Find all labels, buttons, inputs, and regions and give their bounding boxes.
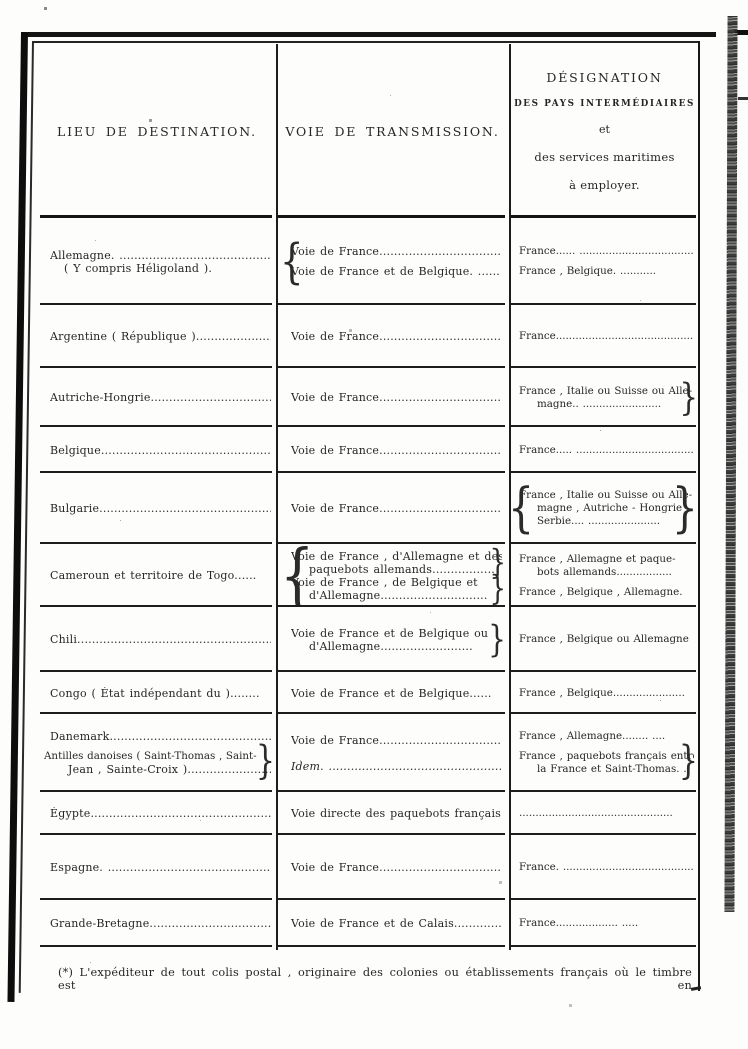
voie-cell: Voie de France..........................… <box>276 427 509 473</box>
designation-cell: France , Allemagne........ ....France , … <box>509 714 700 792</box>
voie-cell: Voie de France et de Belgique oud'Allema… <box>276 607 509 672</box>
cell-line: France , Belgique...................... <box>519 687 694 700</box>
cell-line: France , paquebots français entre <box>519 750 694 763</box>
designation-cell: France. ................................… <box>509 835 700 900</box>
table-rows: Allemagne. .............................… <box>38 218 700 947</box>
cell-line: Voie de France et de Belgique. ...... <box>291 265 502 278</box>
designation-cell: France..................................… <box>509 305 700 368</box>
cell-content: Espagne. ...............................… <box>50 861 271 874</box>
cell-line: Égypte..................................… <box>50 807 271 820</box>
destination-cell: Espagne. ...............................… <box>38 835 276 900</box>
table-row: Allemagne. .............................… <box>38 218 700 305</box>
destination-cell: Argentine ( République )................… <box>38 305 276 368</box>
footnote-text: (*) L'expéditeur de tout colis postal , … <box>38 952 698 992</box>
header-designation-line: des services maritimes <box>534 150 674 164</box>
cell-content: France..................................… <box>519 330 694 343</box>
cell-content: Voie de France et de Belgique...... <box>291 687 502 700</box>
cell-line: Argentine ( République )................… <box>50 330 271 343</box>
table-row: Cameroun et territoire de Togo......Voie… <box>38 544 700 607</box>
header-designation-line: à employer. <box>569 178 640 192</box>
voie-cell: Voie de France..........................… <box>276 218 509 305</box>
cell-content: Bulgarie................................… <box>50 502 271 515</box>
table-row: Grande-Bretagne.........................… <box>38 900 700 947</box>
voie-cell: Voie de France et de Belgique...... <box>276 672 509 714</box>
designation-cell: France , Italie ou Suisse ou Alle-magne … <box>509 473 700 544</box>
table-row: Congo ( État indépendant du )........Voi… <box>38 672 700 714</box>
cell-line: bots allemands................. <box>519 566 694 579</box>
cell-content: Cameroun et territoire de Togo...... <box>50 569 271 582</box>
cell-content: Voie de France..........................… <box>291 861 502 874</box>
cell-line: Bulgarie................................… <box>50 502 271 515</box>
cell-line: Cameroun et territoire de Togo...... <box>50 569 271 582</box>
cell-content: Voie de France..........................… <box>291 391 502 404</box>
header-designation: DÉSIGNATION DES PAYS INTERMÉDIAIRES et d… <box>509 44 700 218</box>
cell-line: Grande-Bretagne.........................… <box>50 917 271 930</box>
page-border-top-thick <box>22 32 716 37</box>
cell-content: Voie de France et de Calais.............… <box>291 917 502 930</box>
cell-content: France , Italie ou Suisse ou Alle-magne.… <box>519 385 694 411</box>
designation-cell: France , Belgique ou Allemagne <box>509 607 700 672</box>
cell-content: Égypte..................................… <box>50 807 271 820</box>
voie-cell: Voie de France..........................… <box>276 473 509 544</box>
designation-cell: France...... ...........................… <box>509 218 700 305</box>
cell-line: France................... ..... <box>519 917 694 930</box>
voie-cell: Voie de France..........................… <box>276 305 509 368</box>
header-designation-line: DES PAYS INTERMÉDIAIRES <box>514 99 695 109</box>
cell-line: Serbie.... ...................... <box>519 515 694 528</box>
table-row: Belgique................................… <box>38 427 700 473</box>
cell-line: Voie de France..........................… <box>291 391 502 404</box>
cell-line: France , Belgique ou Allemagne <box>519 633 694 646</box>
designation-cell: France , Allemagne et paque-bots alleman… <box>509 544 700 607</box>
cell-line: Voie de France..........................… <box>291 330 502 343</box>
cell-content: France...... ...........................… <box>519 245 694 278</box>
cell-content: France , Italie ou Suisse ou Alle-magne … <box>519 489 694 528</box>
cell-content: France , Belgique...................... <box>519 687 694 700</box>
column-divider-1 <box>276 44 278 950</box>
cell-content: Chili...................................… <box>50 633 271 646</box>
table-row: Autriche-Hongrie........................… <box>38 368 700 427</box>
designation-cell: France , Italie ou Suisse ou Alle-magne.… <box>509 368 700 427</box>
designation-cell: France................... ..... <box>509 900 700 947</box>
cell-line: Danemark................................… <box>50 730 271 743</box>
cell-line: Allemagne. .............................… <box>50 249 271 262</box>
cell-content: Voie de France..........................… <box>291 330 502 343</box>
table-row: Bulgarie................................… <box>38 473 700 544</box>
destination-cell: Belgique................................… <box>38 427 276 473</box>
cell-line: magne.. ........................ <box>519 398 694 411</box>
parcel-routing-table: LIEU DE DESTINATION. VOIE DE TRANSMISSIO… <box>38 44 700 947</box>
voie-cell: Voie de France..........................… <box>276 714 509 792</box>
header-designation-line: et <box>599 123 610 136</box>
cell-line: France , Allemagne........ .... <box>519 730 694 743</box>
cell-line: Congo ( État indépendant du )........ <box>50 687 271 700</box>
cell-line: Belgique................................… <box>50 444 271 457</box>
cell-content: France..... ............................… <box>519 444 694 457</box>
cell-content: Grande-Bretagne.........................… <box>50 917 271 930</box>
destination-cell: Congo ( État indépendant du )........ <box>38 672 276 714</box>
cell-line: Voie de France..........................… <box>291 861 502 874</box>
cell-line: Voie de France..........................… <box>291 444 502 457</box>
cell-content: Autriche-Hongrie........................… <box>50 391 271 404</box>
destination-cell: Grande-Bretagne.........................… <box>38 900 276 947</box>
cell-line: France , Italie ou Suisse ou Alle- <box>519 489 694 502</box>
cell-line: France...... ...........................… <box>519 245 694 258</box>
header-destination-label: LIEU DE DESTINATION. <box>57 124 257 139</box>
column-divider-2 <box>509 44 511 950</box>
cell-content: Voie de France..........................… <box>291 502 502 515</box>
cell-content: France , Allemagne........ ....France , … <box>519 730 694 776</box>
cell-line: magne , Autriche - Hongrie , <box>519 502 694 515</box>
cell-line: France , Italie ou Suisse ou Alle- <box>519 385 694 398</box>
designation-cell: ........................................… <box>509 792 700 835</box>
designation-cell: France..... ............................… <box>509 427 700 473</box>
cell-line: Voie de France , d'Allemagne et des <box>291 550 502 563</box>
header-voie-label: VOIE DE TRANSMISSION. <box>285 124 499 139</box>
binding-edge <box>724 16 737 912</box>
table-row: Égypte..................................… <box>38 792 700 835</box>
cell-line: Voie directe des paquebots français. . <box>291 807 502 820</box>
cell-content: Allemagne. .............................… <box>50 249 271 275</box>
page-border-top-thin <box>33 41 700 43</box>
cell-line: France , Belgique , Allemagne. <box>519 586 694 599</box>
destination-cell: Bulgarie................................… <box>38 473 276 544</box>
cell-line: d'Allemagne......................... <box>291 640 502 653</box>
cell-line: d'Allemagne............................. <box>291 589 502 602</box>
cell-line: la France et Saint-Thomas. . <box>519 763 694 776</box>
cell-content: France................... ..... <box>519 917 694 930</box>
destination-cell: Autriche-Hongrie........................… <box>38 368 276 427</box>
table-header-row: LIEU DE DESTINATION. VOIE DE TRANSMISSIO… <box>38 44 700 218</box>
cell-line: France. ................................… <box>519 861 694 874</box>
cell-content: ........................................… <box>519 807 694 820</box>
cell-line: Voie de France et de Belgique ou <box>291 627 502 640</box>
voie-cell: Voie de France et de Calais.............… <box>276 900 509 947</box>
voie-cell: Voie de France..........................… <box>276 368 509 427</box>
cell-line: Chili...................................… <box>50 633 271 646</box>
header-designation-line: DÉSIGNATION <box>546 70 662 85</box>
cell-line: France , Allemagne et paque- <box>519 553 694 566</box>
cell-line: France..................................… <box>519 330 694 343</box>
destination-cell: Chili...................................… <box>38 607 276 672</box>
header-destination: LIEU DE DESTINATION. <box>38 44 276 218</box>
cell-content: Voie de France..........................… <box>291 444 502 457</box>
cell-content: France , Allemagne et paque-bots alleman… <box>519 553 694 599</box>
cell-line: Voie de France , de Belgique et <box>291 576 502 589</box>
cell-line: Autriche-Hongrie........................… <box>50 391 271 404</box>
scan-specks <box>0 0 1 1</box>
cell-line: ........................................… <box>519 807 694 820</box>
cell-content: Voie de France et de Belgique oud'Allema… <box>291 627 502 653</box>
cell-line: Voie de France..........................… <box>291 502 502 515</box>
cell-line: France..... ............................… <box>519 444 694 457</box>
voie-cell: Voie directe des paquebots français. . <box>276 792 509 835</box>
cell-content: France. ................................… <box>519 861 694 874</box>
cell-content: Voie directe des paquebots français. . <box>291 807 502 820</box>
cell-content: France , Belgique ou Allemagne <box>519 633 694 646</box>
header-voie: VOIE DE TRANSMISSION. <box>276 44 509 218</box>
cell-line: Voie de France..........................… <box>291 245 502 258</box>
cell-line: Antilles danoises ( Saint-Thomas , Saint… <box>44 750 271 763</box>
table-row: Espagne. ...............................… <box>38 835 700 900</box>
voie-cell: Voie de France , d'Allemagne et despaque… <box>276 544 509 607</box>
destination-cell: Égypte..................................… <box>38 792 276 835</box>
cell-line: Voie de France..........................… <box>291 734 502 747</box>
table-row: Danemark................................… <box>38 714 700 792</box>
cell-line: Jean , Sainte-Croix )...................… <box>50 763 271 776</box>
cell-content: Danemark................................… <box>50 730 271 776</box>
cell-content: Congo ( État indépendant du )........ <box>50 687 271 700</box>
footnote: (*) L'expéditeur de tout colis postal , … <box>38 952 698 990</box>
cell-line: Voie de France et de Calais.............… <box>291 917 502 930</box>
designation-cell: France , Belgique...................... <box>509 672 700 714</box>
right-edge-mark <box>738 97 748 100</box>
destination-cell: Cameroun et territoire de Togo...... <box>38 544 276 607</box>
voie-cell: Voie de France..........................… <box>276 835 509 900</box>
destination-cell: Allemagne. .............................… <box>38 218 276 305</box>
cell-content: Voie de France , d'Allemagne et despaque… <box>291 550 502 602</box>
destination-cell: Danemark................................… <box>38 714 276 792</box>
cell-content: Belgique................................… <box>50 444 271 457</box>
cell-content: Voie de France..........................… <box>291 734 502 773</box>
cell-line: Voie de France et de Belgique...... <box>291 687 502 700</box>
cell-content: Argentine ( République )................… <box>50 330 271 343</box>
scanned-page: LIEU DE DESTINATION. VOIE DE TRANSMISSIO… <box>0 0 748 1049</box>
table-row: Chili...................................… <box>38 607 700 672</box>
cell-content: Voie de France..........................… <box>291 245 502 278</box>
cell-line: Idem. ..................................… <box>291 760 502 773</box>
cell-line: ( Y compris Héligoland ). <box>50 262 271 275</box>
cell-line: France , Belgique. ........... <box>519 265 694 278</box>
table-row: Argentine ( République )................… <box>38 305 700 368</box>
cell-line: paquebots allemands................. <box>291 563 502 576</box>
cell-line: Espagne. ...............................… <box>50 861 271 874</box>
